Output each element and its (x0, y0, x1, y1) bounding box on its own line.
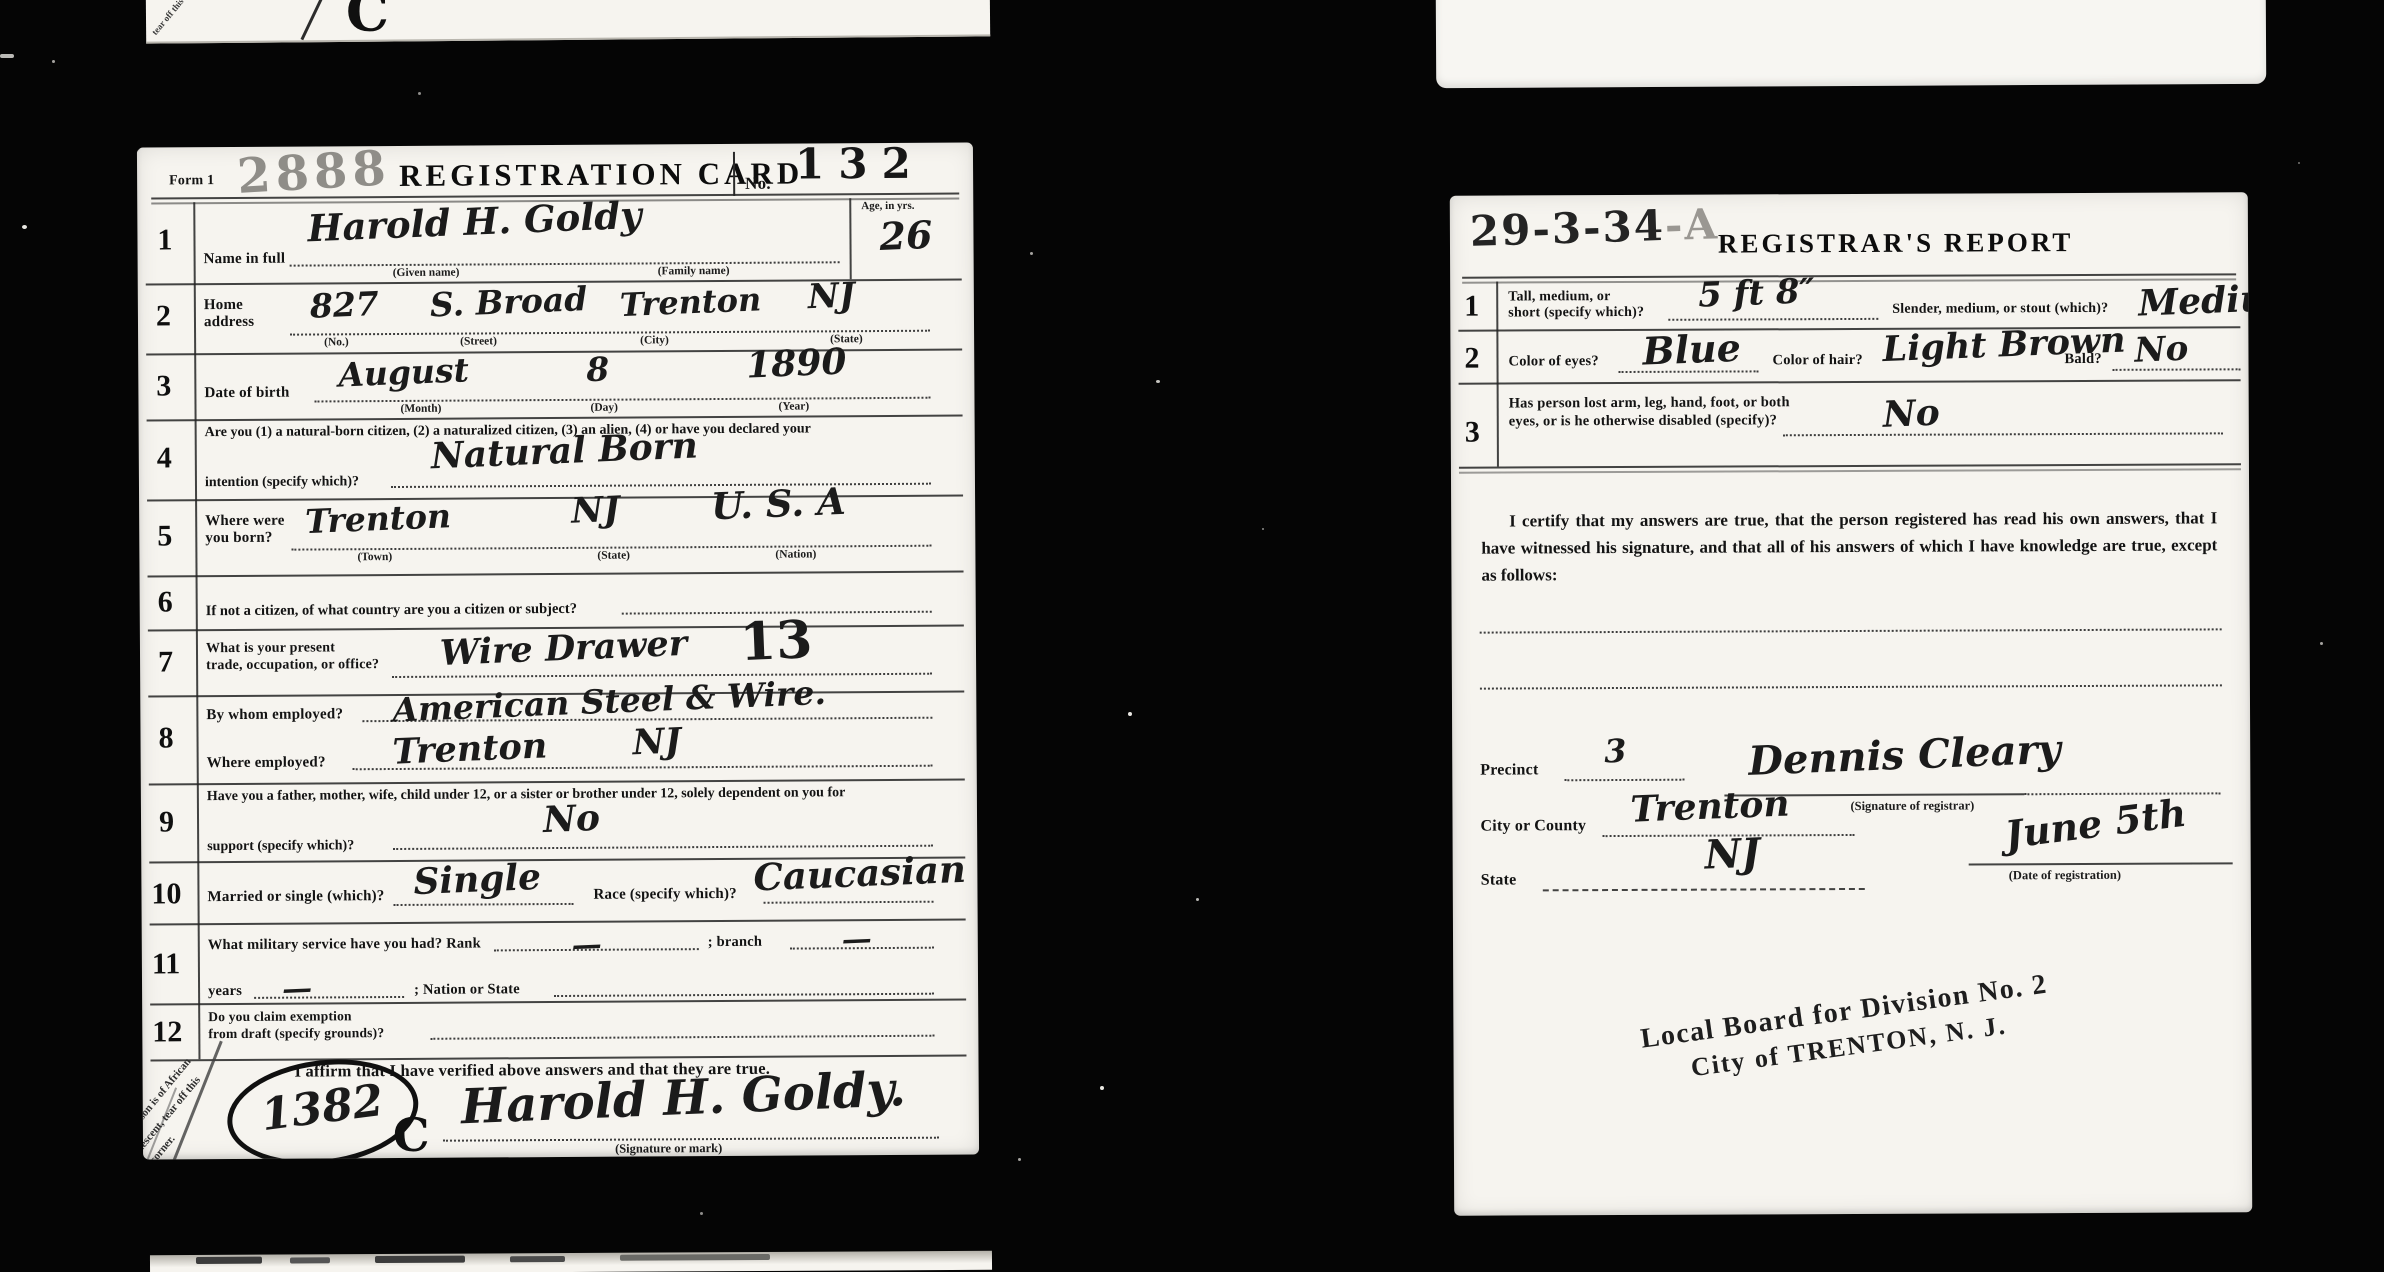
family-name-sublabel: (Family name) (658, 266, 730, 278)
no-sublabel: (No.) (324, 337, 349, 349)
row-number: 2 (1464, 344, 1479, 374)
branch-label: ; branch (708, 934, 762, 951)
write-line (764, 901, 934, 904)
row-number: 8 (158, 723, 173, 753)
row-number: 4 (157, 443, 172, 473)
where-employed-state: NJ (632, 723, 682, 760)
state-sublabel2: (State) (597, 551, 630, 563)
write-line (430, 1035, 934, 1040)
cutoff-print-smudge (375, 1256, 465, 1263)
married-label: Married or single (which)? (207, 888, 384, 906)
years-dash: — (281, 974, 312, 1005)
height-label2: short (specify which)? (1508, 305, 1644, 322)
dust-speck (700, 1212, 703, 1215)
disability-label2: eyes, or is he otherwise disabled (speci… (1509, 412, 1777, 430)
disability-label1: Has person lost arm, leg, hand, foot, or… (1509, 394, 1790, 412)
exception-line (1480, 684, 2222, 689)
row-number: 11 (152, 949, 181, 979)
height-label1: Tall, medium, or (1508, 289, 1610, 306)
report-title: REGISTRAR'S REPORT (1718, 229, 2073, 258)
home-address-label: Home (204, 297, 243, 314)
rule (1459, 379, 2241, 384)
dust-speck (22, 225, 27, 229)
write-line (554, 993, 934, 997)
dust-speck (418, 92, 421, 95)
branch-dash: — (841, 925, 872, 956)
town-sublabel: (Town) (357, 552, 392, 564)
write-line (1543, 888, 1865, 891)
disability-value: No (1882, 395, 1940, 433)
write-line (290, 261, 840, 266)
registrars-report-card: 29-3-34-A REGISTRAR'S REPORT 1 2 3 Tall,… (1450, 192, 2252, 1215)
number-column-divider (1496, 282, 1499, 467)
rule (147, 415, 963, 422)
dust-speck (52, 60, 55, 63)
dust-speck (1100, 1086, 1104, 1090)
registrar-signature: Dennis Cleary (1748, 730, 2062, 782)
row-number: 10 (151, 879, 181, 909)
citizen-question-line2: intention (specify which)? (205, 474, 359, 492)
series-number-stamp: 29-3-34-A (1469, 199, 1719, 256)
address-state-value: NJ (807, 278, 856, 314)
city-county-value: Trenton (1630, 786, 1790, 828)
race-value: Caucasian (753, 851, 967, 897)
dust-speck (1156, 380, 1160, 383)
state-value: NJ (1704, 833, 1761, 875)
registrar-signature-sublabel: (Signature of registrar) (1850, 799, 1974, 812)
dust-speck (0, 54, 14, 58)
certification-text: I certify that my answers are true, that… (1481, 504, 2217, 589)
row-number: 9 (159, 807, 174, 837)
married-value: Single (413, 859, 542, 900)
exemption-label1: Do you claim exemption (208, 1008, 352, 1024)
write-line (394, 903, 574, 906)
no-header-divider (733, 152, 735, 196)
dust-speck (1262, 528, 1264, 530)
dust-speck (1018, 1158, 1021, 1161)
rule (150, 999, 966, 1006)
circled-serial-value: 1382 (258, 1075, 386, 1141)
no-value-stamp: 132 (795, 142, 925, 188)
signature-sublabel: (Signature or mark) (615, 1142, 722, 1155)
dust-speck (1128, 712, 1132, 716)
born-town-value: Trenton (305, 499, 452, 538)
race-label: Race (specify which)? (593, 886, 736, 904)
local-board-stamp: Local Board for Division No. 2 City of T… (1559, 956, 2133, 1102)
row-number: 2 (156, 301, 171, 331)
born-label1: Where were (205, 513, 284, 531)
not-citizen-question: If not a citizen, of what country are yo… (206, 601, 577, 621)
row-number: 1 (1464, 292, 1479, 322)
rule (1459, 468, 2241, 473)
dob-month-value: August (338, 353, 470, 391)
blank-card-edge (1436, 0, 2266, 88)
cutoff-print-smudge (290, 1257, 330, 1263)
rule (1462, 278, 2236, 283)
write-line (393, 845, 933, 850)
cutoff-print-smudge (510, 1256, 565, 1262)
diagonal-mark (301, 0, 327, 40)
bald-value: No (2134, 332, 2189, 368)
age-cell-divider (849, 198, 851, 279)
row-number: 7 (158, 647, 173, 677)
write-line (1668, 318, 1878, 321)
previous-card-edge: tear off this corner. C (146, 0, 990, 44)
write-line (254, 996, 404, 999)
write-line (392, 673, 932, 678)
write-line (1783, 432, 2223, 436)
signature-line-dots (2024, 792, 2220, 795)
c-sort-mark: C (346, 0, 390, 44)
address-street-value: S. Broad (429, 282, 588, 321)
dust-speck (1030, 252, 1033, 255)
dust-speck (2320, 642, 2323, 645)
exception-line (1480, 628, 2222, 633)
row-number: 12 (152, 1017, 182, 1047)
hair-label: Color of hair? (1772, 352, 1862, 369)
citizen-value: Natural Born (430, 427, 698, 474)
month-sublabel: (Month) (400, 404, 441, 416)
dependent-question-line2: support (specify which)? (207, 838, 354, 856)
trade-label2: trade, occupation, or office? (206, 657, 379, 674)
nation-state-label: ; Nation or State (414, 981, 520, 998)
born-state-value: NJ (570, 492, 620, 529)
division-13-mark: 13 (739, 614, 813, 669)
name-label: Name in full (204, 251, 286, 269)
address-city-value: Trenton (619, 283, 762, 321)
row-number: 5 (157, 521, 172, 551)
born-nation-value: U. S. A (710, 483, 846, 525)
year-sublabel: (Year) (778, 401, 809, 413)
date-line (1969, 862, 2233, 865)
day-sublabel: (Day) (590, 403, 618, 415)
date-sublabel: (Date of registration) (2009, 869, 2121, 882)
city-sublabel: (City) (640, 335, 669, 347)
dust-speck (1196, 898, 1199, 901)
trade-label1: What is your present (206, 640, 335, 657)
state-label: State (1481, 871, 1517, 890)
street-sublabel: (Street) (460, 336, 497, 348)
form-number-label: Form 1 (169, 173, 214, 189)
microfilm-scan: tear off this corner. C Form 1 2888 REGI… (0, 0, 2384, 1272)
precinct-label: Precinct (1480, 761, 1538, 780)
registration-card: Form 1 2888 REGISTRATION CARD No. 132 1 … (137, 142, 979, 1159)
write-line (314, 397, 930, 403)
no-label: No. (745, 174, 771, 194)
where-employed-label: Where employed? (207, 754, 326, 772)
height-value: 5 ft 8″ (1698, 274, 1816, 313)
cutoff-print-smudge (196, 1257, 262, 1264)
corner-shadow (137, 142, 157, 165)
row-number: 1 (157, 225, 172, 255)
dob-year-value: 1890 (746, 343, 848, 383)
next-card-edge (150, 1251, 992, 1272)
employer-label: By whom employed? (206, 706, 343, 724)
write-line (1564, 779, 1684, 782)
eyes-value: Blue (1642, 329, 1742, 371)
dust-speck (2298, 162, 2300, 164)
military-label: What military service have you had? Rank (208, 935, 481, 953)
bald-label: Bald? (2064, 351, 2101, 368)
build-value: Medium (2138, 279, 2253, 321)
age-label: Age, in yrs. (861, 201, 914, 212)
row-number: 3 (156, 371, 171, 401)
rank-dash: — (571, 930, 602, 961)
trade-value: Wire Drawer (439, 626, 687, 671)
age-value: 26 (879, 216, 933, 256)
precinct-value: 3 (1604, 735, 1628, 768)
row-number: 3 (1465, 418, 1480, 448)
series-number-suffix: -A (1664, 199, 1720, 250)
c-sort-mark: C (393, 1108, 430, 1160)
registration-date-value: June 5th (2003, 794, 2189, 855)
given-name-sublabel: (Given name) (393, 268, 460, 280)
address-no-value: 827 (309, 287, 379, 323)
cutoff-print-smudge (620, 1254, 770, 1261)
city-county-label: City or County (1480, 817, 1586, 836)
rule (148, 571, 964, 578)
years-label: years (208, 983, 242, 1000)
dependent-value: No (542, 800, 600, 838)
dob-label: Date of birth (204, 385, 289, 403)
row-number: 6 (158, 587, 173, 617)
exemption-label2: from draft (specify grounds)? (208, 1025, 384, 1042)
build-label: Slender, medium, or stout (which)? (1892, 301, 2108, 318)
series-number-main: 29-3-34 (1469, 201, 1665, 256)
born-label2: you born? (205, 530, 272, 548)
card-title: REGISTRATION CARD (399, 157, 803, 190)
dob-day-value: 8 (586, 352, 610, 386)
dependent-question-line1: Have you a father, mother, wife, child u… (207, 785, 846, 806)
torn-corner-text-fragment: tear off this corner. (149, 0, 209, 39)
nation-sublabel: (Nation) (775, 549, 816, 561)
name-value: Harold H. Goldy (307, 197, 643, 248)
write-line (391, 483, 931, 488)
where-employed-city: Trenton (392, 728, 548, 769)
home-address-label2: address (204, 314, 254, 332)
eyes-label: Color of eyes? (1508, 353, 1598, 370)
